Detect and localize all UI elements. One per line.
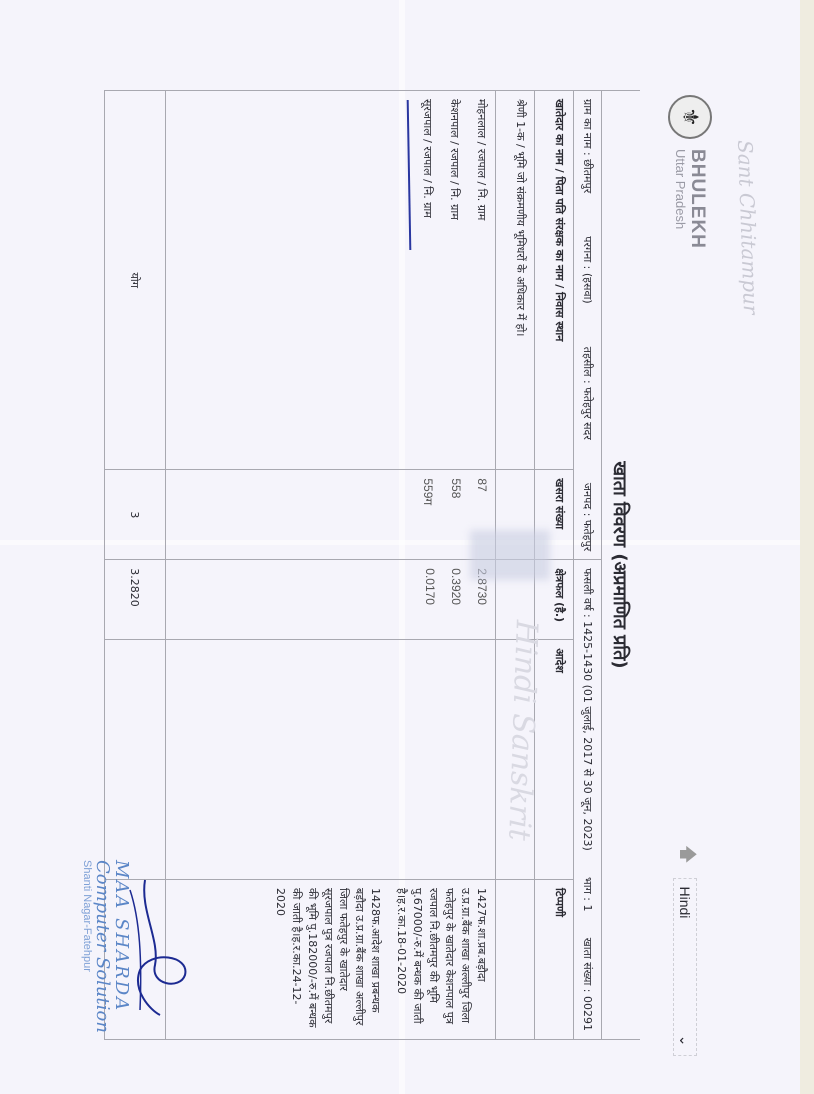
- col-owner-header: खातेदार का नाम / पिता पति संरक्षक का नाम…: [535, 91, 574, 470]
- stamp-line-3: Shanti Nagar-Fatehpur: [81, 860, 93, 1033]
- village-name: ग्राम का नाम : छीतमपुर: [580, 99, 595, 193]
- fasli-year: फसली वर्ष : 1425-1430 (01 जुलाई, 2017 से…: [580, 568, 595, 850]
- language-select[interactable]: Hindi ⌄: [673, 878, 697, 1056]
- stamp-line-2: Computer Solution: [92, 860, 111, 1033]
- district: जनपद : फतेहपुर: [580, 483, 595, 551]
- tehsil: तहसील : फतेहपुर सदर: [580, 347, 595, 440]
- owner-entry: केशनपाल / रजपाल / नि. ग्राम: [447, 99, 462, 461]
- shop-stamp: MAA SHARDA Computer Solution Shanti Naga…: [81, 860, 130, 1033]
- khatauni-document: Sant Chhitampur ⚜ BHULEKH Uttar Pradesh …: [0, 0, 800, 1094]
- language-selected: Hindi: [677, 887, 693, 919]
- part: भाग : 1: [580, 877, 595, 911]
- remarks-cell: 1427फ.शा.प्रब.बड़ौदा उ.प्र.ग्रा.बैंक शाख…: [166, 880, 496, 1040]
- remark-entry: 1427फ.शा.प्रब.बड़ौदा उ.प्र.ग्रा.बैंक शाख…: [393, 888, 489, 1031]
- total-label: योग: [105, 91, 166, 470]
- site-header: ⚜ BHULEKH Uttar Pradesh: [668, 95, 712, 249]
- stamp-line-1: MAA SHARDA: [111, 860, 130, 1033]
- brand-name: BHULEKH: [687, 149, 707, 249]
- area-value: 0.3920: [449, 568, 463, 631]
- handwritten-note: Sant Chhitampur: [733, 140, 763, 315]
- brand[interactable]: BHULEKH Uttar Pradesh: [673, 149, 707, 249]
- khasra-cell: 87 558 559ग: [166, 470, 496, 560]
- chevron-down-icon: ⌄: [677, 1035, 694, 1047]
- area-cell: 2.8730 0.3920 0.0170: [166, 560, 496, 640]
- area-value: 0.0170: [423, 568, 437, 631]
- khasra-number: 558: [449, 478, 463, 551]
- smudge: [470, 530, 550, 580]
- order-cell: [166, 640, 496, 880]
- total-area: 3.2820: [105, 560, 166, 640]
- owner-entry: मोहनलाल / रजपाल / नि. ग्राम: [474, 99, 489, 461]
- remark-entry: 1428फ.आदेश शाखा प्रबन्धक बड़ौदा उ.प्र.ग्…: [272, 888, 384, 1031]
- document-title: खाता विवरण (अप्रमाणित प्रति): [602, 91, 641, 1040]
- khasra-number: 559ग: [420, 478, 437, 551]
- pargana: परगना : (हसवा): [580, 236, 595, 303]
- owners-cell: मोहनलाल / रजपाल / नि. ग्राम केशनपाल / रज…: [166, 91, 496, 470]
- category-label: श्रेणी 1-क / भूमि जो संक्रमणीय भूमिधरों …: [496, 91, 535, 470]
- language-bar: 🡅 Hindi ⌄: [670, 845, 700, 1056]
- brand-region: Uttar Pradesh: [673, 149, 687, 249]
- arrow-up-icon[interactable]: 🡅: [670, 845, 700, 864]
- up-emblem-icon: ⚜: [668, 95, 712, 139]
- khata-number: खाता संख्या : 00291: [580, 938, 595, 1031]
- table-row: मोहनलाल / रजपाल / नि. ग्राम केशनपाल / रज…: [166, 91, 496, 1040]
- owner-entry: सूरजपाल / रजपाल / नि. ग्राम: [420, 99, 435, 461]
- total-khasra-count: 3: [105, 470, 166, 560]
- col-remarks-header: टिप्पणी: [535, 880, 574, 1040]
